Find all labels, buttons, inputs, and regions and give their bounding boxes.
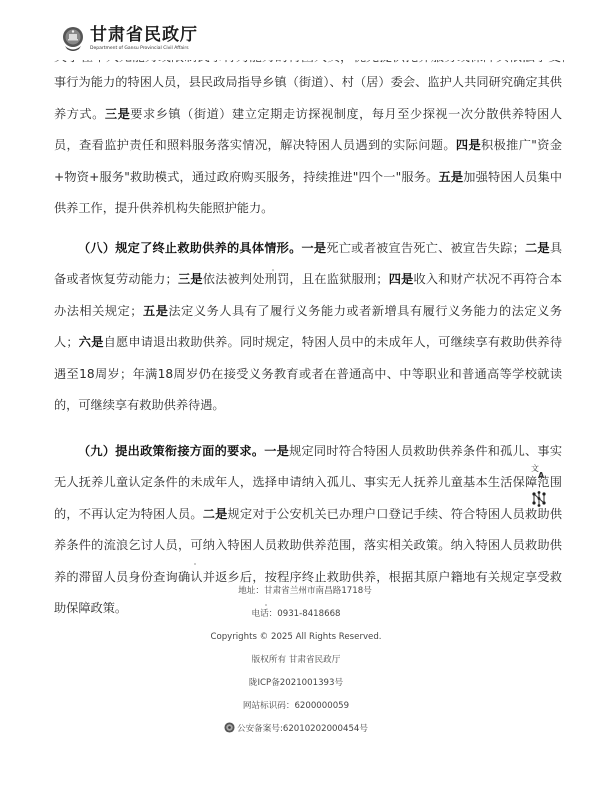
article-paragraph-termination: （八）规定了终止救助供养的具体情形。一是死亡或者被宣告死亡、被宣告失踪；二是具备… xyxy=(54,233,562,422)
translate-icon[interactable]: 文 A xyxy=(531,463,547,479)
decorative-dot xyxy=(272,269,274,271)
floating-toolbar: 文 A xyxy=(531,463,551,519)
site-header: 甘肃省民政厅 Department of Gansu Provincial Ci… xyxy=(0,0,592,60)
site-title-cn: 甘肃省民政厅 xyxy=(90,26,198,44)
article-paragraph-1: 事行为能力的特困人员，县民政局指导乡镇（街道）、村（居）委会、监护人共同研究确定… xyxy=(54,67,562,225)
site-footer: 地址：甘肃省兰州市南昌路1718号 电话：0931-8418668 Copyri… xyxy=(0,580,592,741)
footer-site-code: 网站标识码：6200000059 xyxy=(0,695,592,718)
site-title-en: Department of Gansu Provincial Civil Aff… xyxy=(90,46,198,52)
ai-assistant-icon[interactable] xyxy=(531,491,547,507)
site-logo[interactable]: 甘肃省民政厅 Department of Gansu Provincial Ci… xyxy=(62,26,198,52)
article-body: 事行为能力的特困人员，县民政局指导乡镇（街道）、村（居）委会、监护人共同研究确定… xyxy=(54,67,562,639)
national-emblem-icon xyxy=(62,26,84,52)
svg-text:A: A xyxy=(538,471,545,479)
footer-copyright: Copyrights © 2025 All Rights Reserved. xyxy=(0,626,592,649)
footer-phone: 电话：0931-8418668 xyxy=(0,603,592,626)
police-record-text: 公安备案号:62010202000454号 xyxy=(237,724,368,734)
footer-police-record-link[interactable]: 公安备案号:62010202000454号 xyxy=(0,718,592,741)
footer-owner: 版权所有 甘肃省民政厅 xyxy=(0,649,592,672)
police-badge-icon xyxy=(224,722,235,733)
footer-icp-link[interactable]: 陇ICP备2021001393号 xyxy=(0,672,592,695)
decorative-dot xyxy=(194,563,196,565)
footer-address: 地址：甘肃省兰州市南昌路1718号 xyxy=(18,580,592,603)
